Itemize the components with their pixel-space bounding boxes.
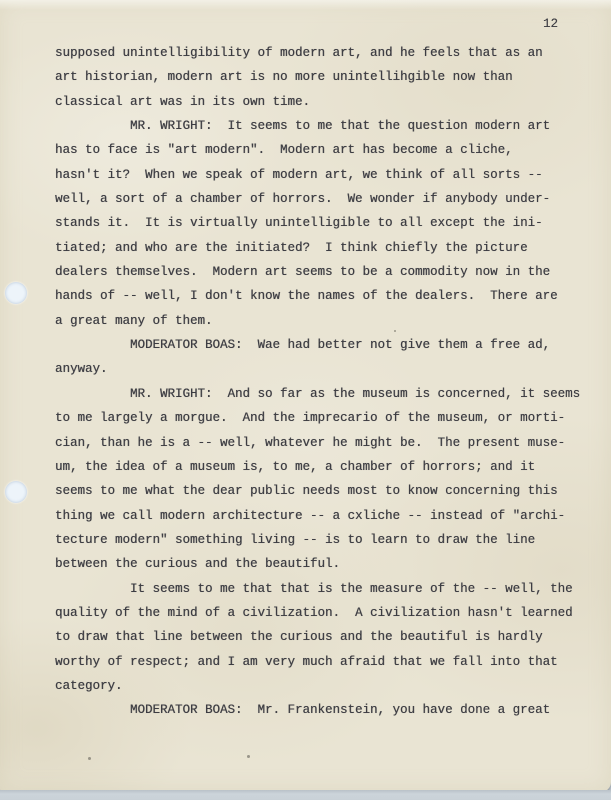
typed-line: to me largely a morgue. And the imprecar… — [55, 406, 580, 430]
typed-line: to draw that line between the curious an… — [55, 625, 580, 649]
page-number: 12 — [543, 17, 558, 31]
typed-line: seems to me what the dear public needs m… — [55, 479, 580, 503]
paper-speck — [88, 757, 91, 760]
scanned-page: 12 supposed unintelligibility of modern … — [0, 0, 611, 792]
typed-line: MODERATOR BOAS: Mr. Frankenstein, you ha… — [55, 698, 580, 722]
typed-line: supposed unintelligibility of modern art… — [55, 41, 580, 65]
typed-line: quality of the mind of a civilization. A… — [55, 601, 580, 625]
typed-line: a great many of them. — [55, 309, 580, 333]
hole-punch — [5, 481, 27, 503]
typed-line: um, the idea of a museum is, to me, a ch… — [55, 455, 580, 479]
typed-text-block: supposed unintelligibility of modern art… — [55, 41, 580, 723]
typed-line: stands it. It is virtually unintelligibl… — [55, 211, 580, 235]
typed-line: category. — [55, 674, 580, 698]
scanner-backing — [0, 790, 611, 800]
typed-line: anyway. — [55, 357, 580, 381]
typed-line: art historian, modern art is no more uni… — [55, 65, 580, 89]
typed-line: has to face is "art modern". Modern art … — [55, 138, 580, 162]
typed-line: MODERATOR BOAS: Wae had better not give … — [55, 333, 580, 357]
typed-line: thing we call modern architecture -- a c… — [55, 504, 580, 528]
paper-speck — [394, 330, 396, 332]
typed-line: cian, than he is a -- well, whatever he … — [55, 431, 580, 455]
paper-speck — [247, 755, 250, 758]
hole-punch — [5, 282, 27, 304]
typed-line: worthy of respect; and I am very much af… — [55, 650, 580, 674]
typed-line: well, a sort of a chamber of horrors. We… — [55, 187, 580, 211]
typed-line: hasn't it? When we speak of modern art, … — [55, 163, 580, 187]
typed-line: classical art was in its own time. — [55, 90, 580, 114]
typed-line: between the curious and the beautiful. — [55, 552, 580, 576]
typed-line: dealers themselves. Modern art seems to … — [55, 260, 580, 284]
typed-line: tecture modern" something living -- is t… — [55, 528, 580, 552]
typed-line: It seems to me that that is the measure … — [55, 577, 580, 601]
typed-line: MR. WRIGHT: And so far as the museum is … — [55, 382, 580, 406]
typed-line: tiated; and who are the initiated? I thi… — [55, 236, 580, 260]
typed-line: MR. WRIGHT: It seems to me that the ques… — [55, 114, 580, 138]
typed-line: hands of -- well, I don't know the names… — [55, 284, 580, 308]
